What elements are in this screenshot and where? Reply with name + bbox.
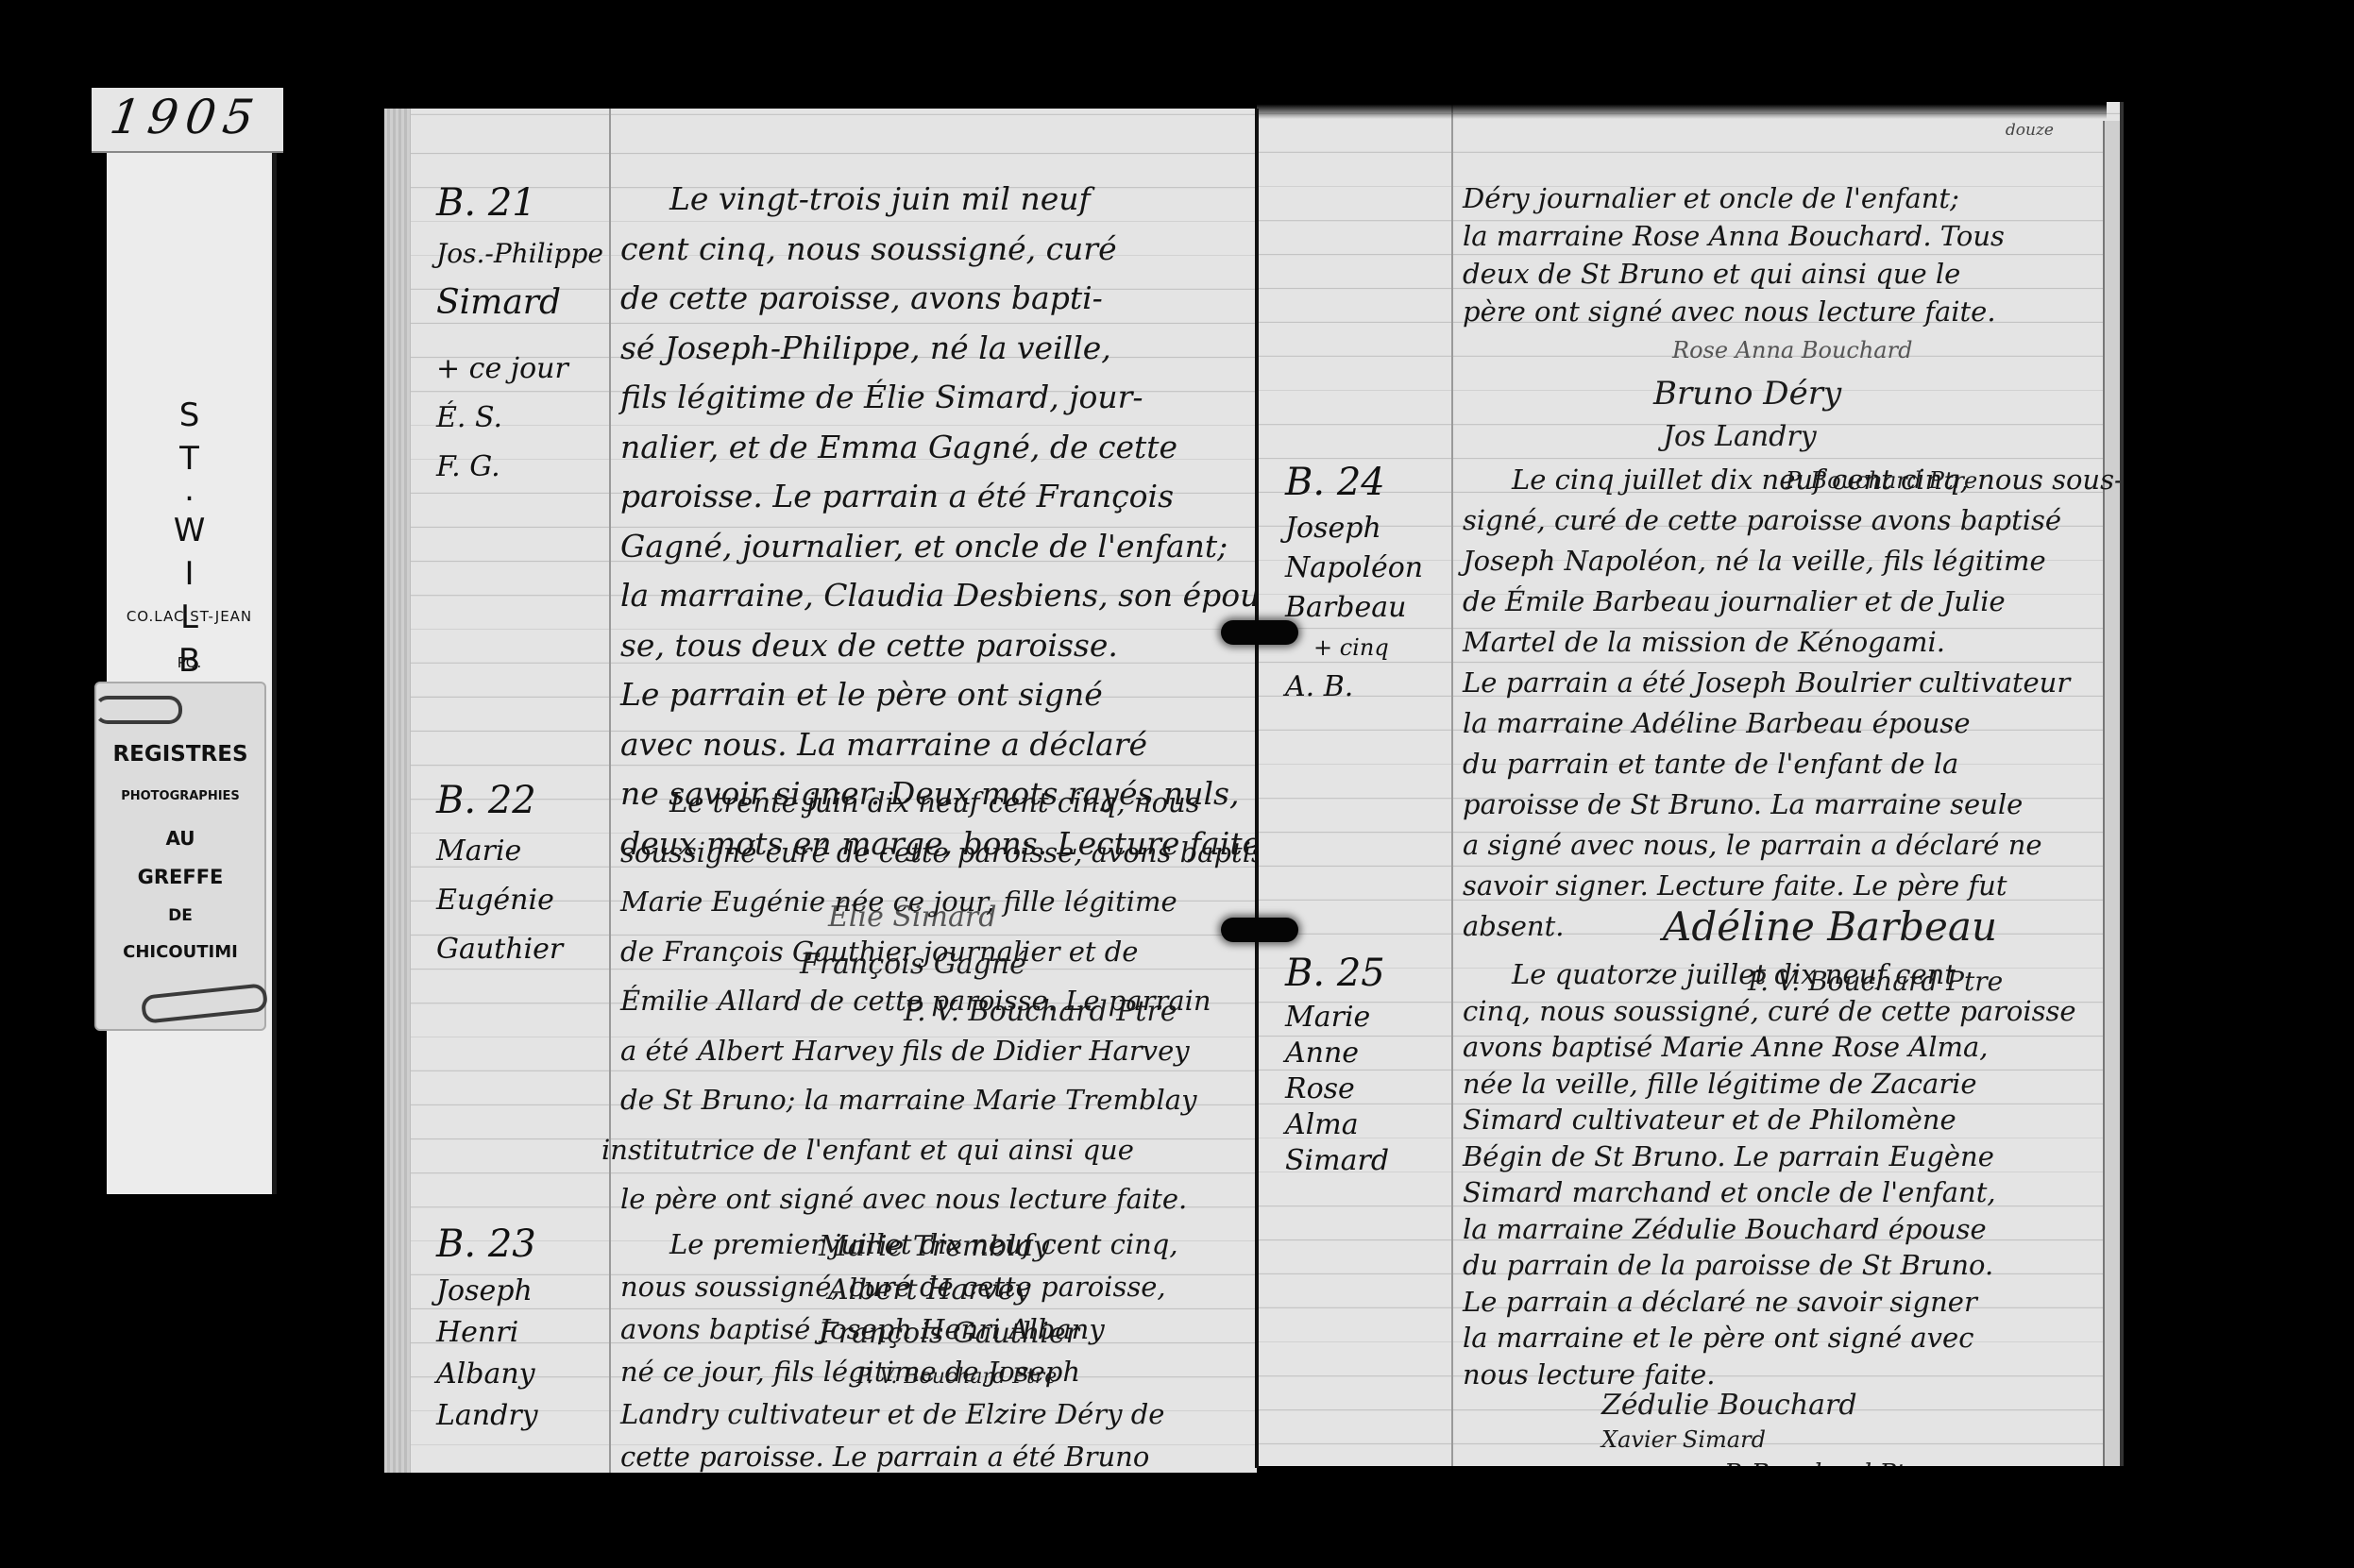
text-line: Le vingt-trois juin mil neuf (620, 173, 1244, 223)
text-line: Joseph Napoléon, né la veille, fils légi… (1463, 541, 2105, 582)
priest-signature: P. Bouchard Ptre (1601, 1457, 1932, 1466)
card-line: DE (96, 906, 264, 925)
text-line: avons baptisé Joseph Henri Albany (620, 1308, 1244, 1351)
paperclip-icon (94, 696, 182, 724)
registry-office-card: REGISTRES PHOTOGRAPHIES AU GREFFE DE CHI… (94, 682, 266, 1031)
signature: Jos Landry (1653, 415, 1977, 459)
text-line: cette paroisse. Le parrain a été Bruno (620, 1436, 1244, 1473)
margin-initials: A. B. (1285, 667, 1446, 707)
card-line: AU (96, 827, 264, 850)
child-name: Jos.-Philippe (436, 229, 606, 278)
text-line: née la veille, fille légitime de Zacarie (1463, 1066, 2105, 1103)
child-name: Albany (436, 1354, 606, 1395)
book-binding (1255, 109, 1259, 1468)
text-line: a signé avec nous, le parrain a déclaré … (1463, 825, 2105, 866)
text-line: soussigné curé de cette paroisse, avons … (620, 828, 1244, 878)
text-line: Martel de la mission de Kénogami. (1463, 622, 2105, 663)
entry-text: Le cinq juillet dix neuf cent cinq, nous… (1463, 460, 2105, 947)
text-line: Le quatorze juillet dix neuf cent (1463, 956, 2105, 993)
margin-annotation: + cinq (1285, 628, 1446, 667)
text-line: Déry journalier et oncle de l'enfant; (1463, 179, 2105, 217)
text-line: sé Joseph-Philippe, né la veille, (620, 322, 1244, 372)
parish-letter: . (107, 481, 272, 509)
text-line: la marraine et le père ont signé avec (1463, 1320, 2105, 1357)
text-line: du parrain de la paroisse de St Bruno. (1463, 1247, 2105, 1284)
county-label: CO.LAC ST-JEAN (107, 608, 272, 625)
year-tag: 1905 (92, 88, 283, 153)
entry-margin-note: B. 24 Joseph Napoléon Barbeau + cinq A. … (1285, 456, 1446, 707)
text-line: né ce jour, fils légitime de Joseph (620, 1351, 1244, 1393)
text-line: institutrice de l'enfant et qui ainsi qu… (601, 1125, 1244, 1175)
text-line: le père ont signé avec nous lecture fait… (620, 1174, 1244, 1224)
child-name: Napoléon (1285, 548, 1446, 588)
entry-number: B. 22 (436, 774, 606, 827)
child-name: Henri (436, 1312, 606, 1354)
entry-margin-note: B. 22 Marie Eugénie Gauthier (436, 774, 606, 974)
margin-initials: É. S. (436, 394, 606, 443)
text-line: de cette paroisse, avons bapti- (620, 272, 1244, 322)
text-line: Gagné, journalier, et oncle de l'enfant; (620, 520, 1244, 570)
child-name: Marie (436, 827, 606, 876)
text-line: du parrain et tante de l'enfant de la (1463, 744, 2105, 784)
text-line: paroisse. Le parrain a été François (620, 470, 1244, 520)
parish-letter: W (107, 509, 272, 552)
card-line: CHICOUTIMI (96, 942, 264, 962)
parish-letter: S (107, 394, 272, 437)
text-line: Marie Eugénie née ce jour, fille légitim… (620, 877, 1244, 927)
text-line: Landry cultivateur et de Elzire Déry de (620, 1393, 1244, 1436)
text-line: la marraine Rose Anna Bouchard. Tous (1463, 217, 2105, 255)
text-line: Bégin de St Bruno. Le parrain Eugène (1463, 1138, 2105, 1175)
text-line: la marraine Zédulie Bouchard épouse (1463, 1211, 2105, 1248)
child-surname: Simard (436, 278, 606, 328)
text-line: avons baptisé Marie Anne Rose Alma, (1463, 1029, 2105, 1066)
text-line: de François Gauthier journalier et de (620, 927, 1244, 977)
margin-annotation: + ce jour (436, 345, 606, 394)
child-surname: Barbeau (1285, 588, 1446, 628)
text-line: Simard marchand et oncle de l'enfant, (1463, 1174, 2105, 1211)
text-line: la marraine, Claudia Desbiens, son épou- (620, 569, 1244, 619)
child-name: Rose (1285, 1071, 1446, 1107)
child-name: Eugénie (436, 876, 606, 925)
text-line: nalier, et de Emma Gagné, de cette (620, 421, 1244, 471)
child-surname: Landry (436, 1395, 606, 1437)
text-line: cinq, nous soussigné, curé de cette paro… (1463, 993, 2105, 1030)
card-line: GREFFE (96, 866, 264, 888)
entry-text: Le premier juillet dix neuf cent cinq, n… (620, 1223, 1244, 1473)
margin-rule (609, 109, 611, 1473)
text-line: nous lecture faite. (1463, 1357, 2105, 1393)
text-line: signé, curé de cette paroisse avons bapt… (1463, 500, 2105, 541)
text-line: avec nous. La marraine a déclaré (620, 718, 1244, 768)
child-name: Anne (1285, 1036, 1446, 1071)
signature: Adéline Barbeau (1663, 900, 2003, 954)
child-name: Marie (1285, 1000, 1446, 1036)
entry-text: Le vingt-trois juin mil neuf cent cinq, … (620, 173, 1244, 867)
text-line: Le parrain et le père ont signé (620, 668, 1244, 718)
entry-number: B. 23 (436, 1218, 606, 1271)
page-number: douze (2006, 121, 2054, 140)
child-surname: Simard (1285, 1143, 1446, 1179)
signature: Xavier Simard (1601, 1423, 1932, 1457)
entry-text: Le trente juin dix neuf cent cinq, nous … (620, 778, 1244, 1224)
register-page-left: B. 21 Jos.-Philippe Simard + ce jour É. … (384, 109, 1257, 1473)
entry-margin-note: B. 23 Joseph Henri Albany Landry (436, 1218, 606, 1437)
binding-ring-icon (1221, 918, 1298, 942)
text-line: Émilie Allard de cette paroisse. Le parr… (620, 976, 1244, 1026)
text-line: Le parrain a déclaré ne savoir signer (1463, 1284, 2105, 1321)
text-line: Le premier juillet dix neuf cent cinq, (620, 1223, 1244, 1266)
text-line: paroisse de St Bruno. La marraine seule (1463, 784, 2105, 825)
card-line: REGISTRES (96, 742, 264, 767)
entry-margin-note: B. 25 Marie Anne Rose Alma Simard (1285, 947, 1446, 1179)
text-line: la marraine Adéline Barbeau épouse (1463, 703, 2105, 744)
entry-number: B. 21 (436, 177, 606, 229)
entry-text: Le quatorze juillet dix neuf cent cinq, … (1463, 956, 2105, 1392)
margin-rule (1451, 102, 1453, 1466)
text-line: Le trente juin dix neuf cent cinq, nous (620, 778, 1244, 828)
entry-text: Déry journalier et oncle de l'enfant; la… (1463, 179, 2105, 330)
text-line: a été Albert Harvey fils de Didier Harve… (620, 1026, 1244, 1076)
text-line: deux de St Bruno et qui ainsi que le (1463, 255, 2105, 293)
child-name: Joseph (1285, 509, 1446, 548)
margin-initials: F. G. (436, 443, 606, 492)
text-line: se, tous deux de cette paroisse. (620, 619, 1244, 669)
signature: Rose Anna Bouchard (1653, 329, 1977, 372)
parish-letter: I (107, 552, 272, 596)
text-line: de St Bruno; la marraine Marie Tremblay (620, 1075, 1244, 1125)
card-line: PHOTOGRAPHIES (96, 789, 264, 803)
entry-signatures: Zédulie Bouchard Xavier Simard P. Boucha… (1601, 1389, 1932, 1466)
text-line: fils légitime de Élie Simard, jour- (620, 371, 1244, 421)
text-line: nous soussigné, curé de cette paroisse, (620, 1266, 1244, 1308)
register-page-right: douze Déry journalier et oncle de l'enfa… (1257, 102, 2124, 1466)
binding-ring-icon (1221, 620, 1298, 645)
child-name: Alma (1285, 1107, 1446, 1143)
entry-number: B. 25 (1285, 947, 1446, 1000)
text-line: de Émile Barbeau journalier et de Julie (1463, 582, 2105, 622)
text-line: Le cinq juillet dix neuf cent cinq, nous… (1463, 460, 2105, 500)
text-line: père ont signé avec nous lecture faite. (1463, 293, 2105, 330)
text-line: Le parrain a été Joseph Boulrier cultiva… (1463, 663, 2105, 703)
text-line: cent cinq, nous soussigné, curé (620, 223, 1244, 273)
page-fore-edge (2103, 121, 2120, 1466)
entry-number: B. 24 (1285, 456, 1446, 509)
text-line: Simard cultivateur et de Philomène (1463, 1102, 2105, 1138)
child-name: Joseph (436, 1271, 606, 1312)
signature: Bruno Déry (1653, 372, 1977, 415)
signature: Zédulie Bouchard (1601, 1389, 1932, 1423)
page-top-shadow (1257, 94, 2107, 119)
province-label: PQ. (107, 654, 272, 671)
archive-label-strip: S T . W I L B R O D CO.LAC ST-JEAN PQ. (107, 148, 277, 1194)
entry-margin-note: B. 21 Jos.-Philippe Simard + ce jour É. … (436, 177, 606, 492)
year-label: 1905 (107, 90, 264, 144)
child-surname: Gauthier (436, 925, 606, 974)
